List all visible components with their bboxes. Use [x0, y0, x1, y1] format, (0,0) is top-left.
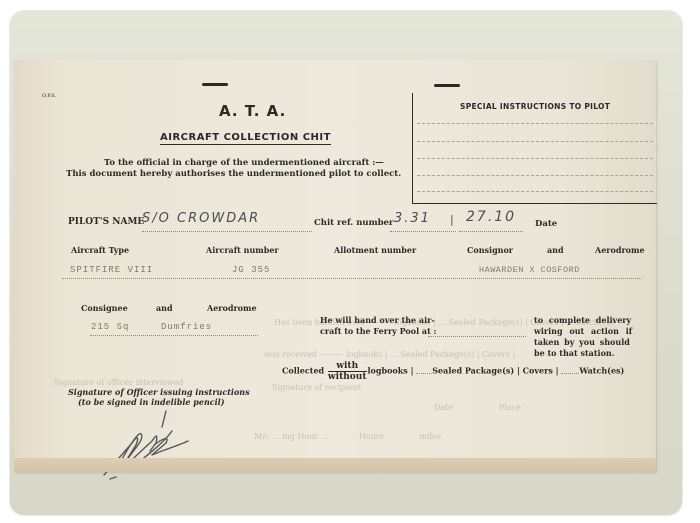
staple-mark: [434, 84, 460, 87]
consignor-header: Consignor: [467, 245, 513, 255]
sealed-package-field[interactable]: [416, 373, 432, 374]
consignor-and-header: and: [547, 245, 564, 255]
document-photo: Has been handed over ——— logbooks | ....…: [10, 11, 682, 515]
watches-label: Watch(es): [579, 366, 624, 376]
logbooks-label: logbooks |: [368, 366, 414, 376]
chit-ref-separator: |: [450, 213, 456, 226]
aircraft-number-header: Aircraft number: [206, 245, 279, 255]
bleed-through-text: M/c ... ing Hour ... Hours miles: [254, 432, 441, 441]
delivery-note-line-1: to complete delivery: [534, 315, 631, 325]
chit-ref-value[interactable]: 3.31: [394, 211, 431, 226]
with-label: with: [328, 361, 367, 372]
consignee-line: [90, 335, 258, 336]
aircraft-type-header: Aircraft Type: [71, 245, 129, 255]
intro-line-2: This document hereby authorises the unde…: [66, 169, 401, 179]
chit-ref-line: [390, 231, 456, 232]
with-without-fraction: with without: [328, 361, 367, 382]
pilot-name-label: PILOT'S NAME: [68, 217, 144, 227]
intro-line-1: To the official in charge of the underme…: [104, 158, 384, 168]
instruction-line[interactable]: [417, 191, 653, 192]
consignee-and-label: and: [156, 303, 173, 313]
paper-bottom-edge: [14, 458, 656, 472]
sealed-package-label: Sealed Package(s) | Covers |: [432, 366, 558, 376]
aircraft-type-value[interactable]: SPITFIRE VIII: [70, 265, 153, 275]
instruction-line[interactable]: [417, 141, 653, 142]
consignee-label: Consignee: [81, 303, 128, 313]
form-title: AIRCRAFT COLLECTION CHIT: [160, 132, 331, 145]
watches-field[interactable]: [561, 373, 579, 374]
consignor-aerodrome-value[interactable]: HAWARDEN X COSFORD: [479, 265, 580, 275]
consignee-aerodrome-label: Aerodrome: [207, 303, 257, 313]
org-title: A. T. A.: [219, 102, 286, 120]
collected-label: Collected: [282, 366, 324, 376]
date-label: Date: [535, 219, 557, 229]
form-code: O.P.S.: [42, 93, 56, 99]
delivery-note-line-3: taken by you should: [534, 337, 630, 347]
ferry-pool-line-2: craft to the Ferry Pool at :: [320, 326, 437, 336]
chit-ref-label: Chit ref. number: [314, 218, 393, 228]
pilot-name-line: [142, 231, 312, 232]
instruction-line[interactable]: [417, 158, 653, 159]
bleed-through-text: Date Place: [434, 403, 521, 412]
collected-row: Collected with without logbooks | Sealed…: [282, 361, 624, 382]
instruction-line[interactable]: [417, 123, 653, 124]
special-instructions-box: SPECIAL INSTRUCTIONS TO PILOT: [412, 93, 657, 204]
consignee-squadron-value[interactable]: 215 Sq: [91, 322, 129, 332]
allotment-number-header: Allotment number: [334, 245, 416, 255]
bleed-through-text: was received ——— logbooks | ....Sealed P…: [264, 350, 515, 359]
bleed-through-text: Signature of officer interviewed: [54, 378, 184, 387]
pilot-name-value[interactable]: S/O CROWDAR: [142, 211, 260, 226]
consignee-aerodrome-value[interactable]: Dumfries: [161, 322, 212, 332]
aerodrome-header: Aerodrome: [595, 245, 645, 255]
ferry-pool-line-1: He will hand over the air-: [320, 315, 435, 325]
staple-mark: [202, 83, 228, 86]
delivery-note-line-2: wiring out action if: [534, 326, 632, 336]
date-value[interactable]: 27.10: [466, 209, 516, 225]
signature-instruction-1: Signature of Officer issuing instruction…: [68, 387, 250, 397]
date-line: [459, 231, 523, 232]
aircraft-number-value[interactable]: JG 355: [232, 265, 270, 275]
collection-chit-paper: Has been handed over ——— logbooks | ....…: [14, 60, 656, 472]
aircraft-values-line: [62, 278, 642, 279]
bleed-through-text: Signature of recipient: [272, 383, 361, 392]
delivery-note-line-4: be to that station.: [534, 348, 615, 358]
without-label: without: [328, 372, 367, 382]
instruction-line[interactable]: [417, 175, 653, 176]
special-instructions-title: SPECIAL INSTRUCTIONS TO PILOT: [460, 102, 610, 111]
ferry-pool-field[interactable]: [428, 336, 526, 337]
